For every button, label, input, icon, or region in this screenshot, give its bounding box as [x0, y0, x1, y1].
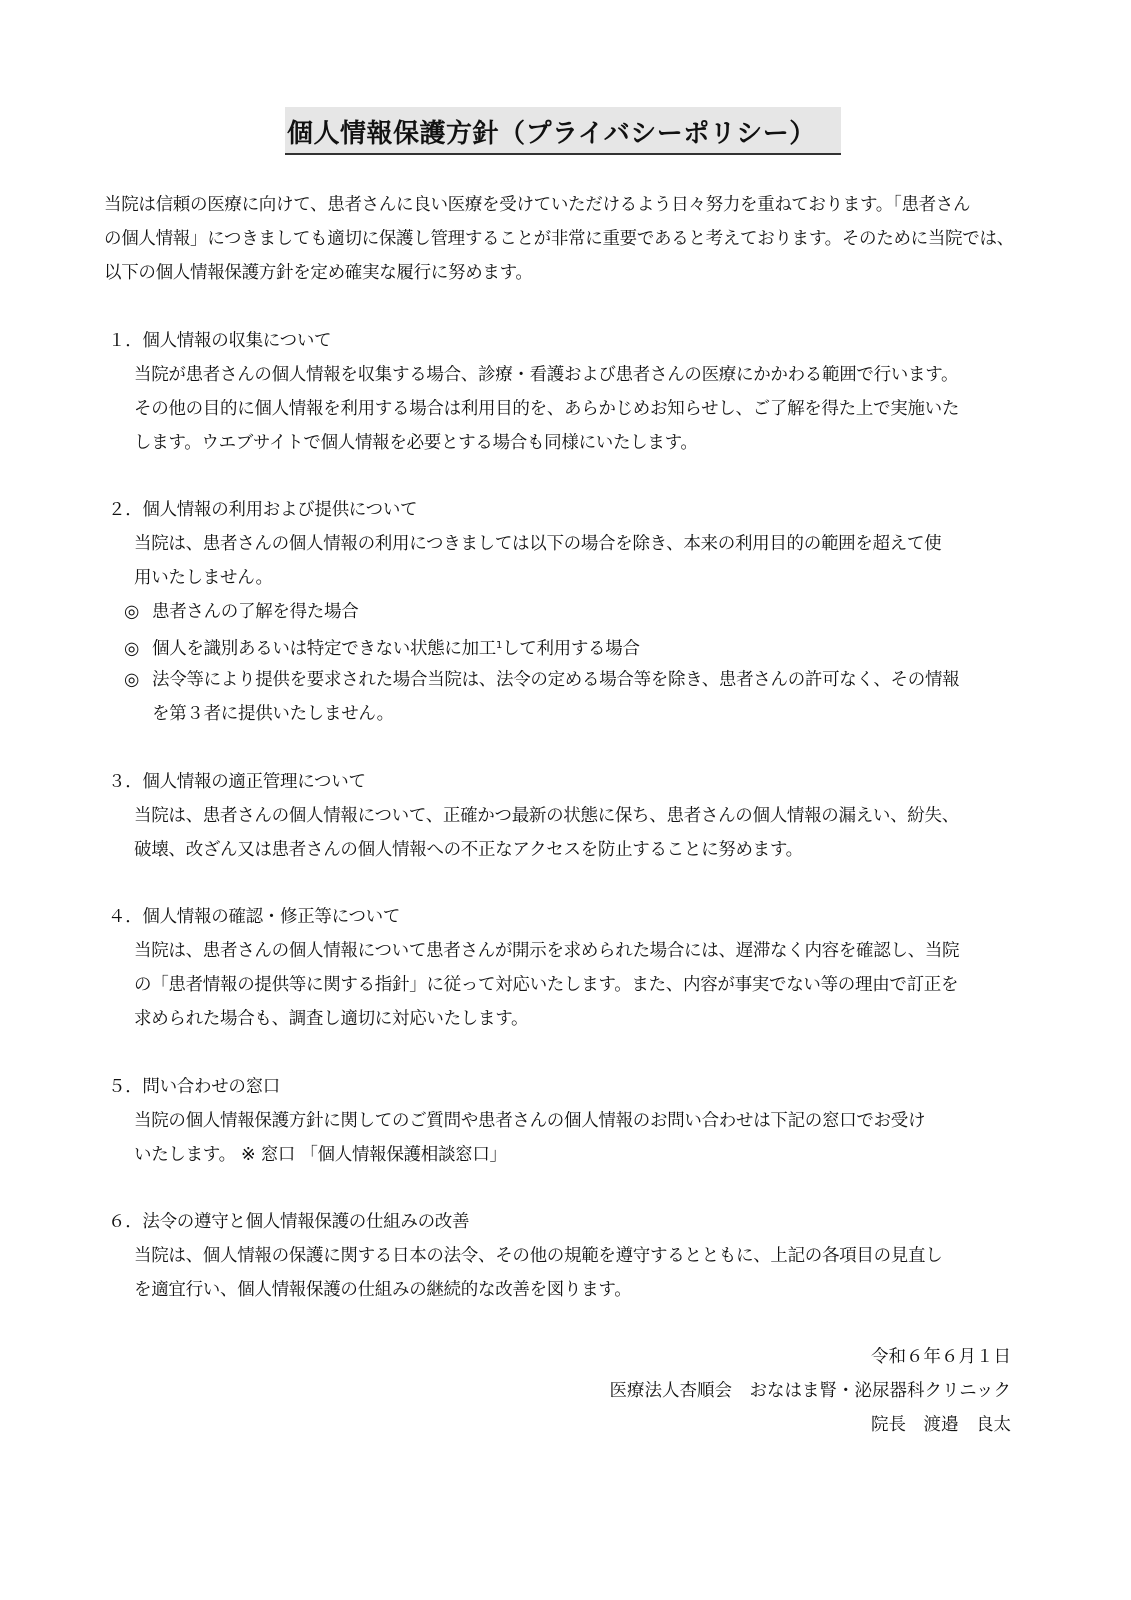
bullet-text: 法令等により提供を要求された場合当院は、法令の定める場合等を除き、患者さんの許可… [152, 670, 959, 690]
signature-organization: 医療法人杏順会 おなはま腎・泌尿器科クリニック [610, 1379, 1011, 1403]
double-circle-bullet-icon: ◎ [124, 668, 152, 692]
bullet-item: ◎患者さんの了解を得た場合 [124, 600, 358, 624]
section-4-line: の「患者情報の提供等に関する指針」に従って対応いたします。また、内容が事実でない… [134, 973, 958, 997]
bullet-item: ◎法令等により提供を要求された場合当院は、法令の定める場合等を除き、患者さんの許… [124, 668, 959, 692]
signature-director: 院長 渡邉 良太 [871, 1413, 1011, 1437]
intro-line: 当院は信頼の医療に向けて、患者さんに良い医療を受けていただけるよう日々努力を重ね… [104, 193, 970, 217]
section-heading-5: ５．問い合わせの窓口 [108, 1075, 280, 1099]
bullet-continuation: を第３者に提供いたしません。 [152, 702, 394, 726]
section-1-line: その他の目的に個人情報を利用する場合は利用目的を、あらかじめお知らせし、ご了解を… [134, 397, 959, 421]
bullet-text: 個人を識別あるいは特定できない状態に加工 [152, 639, 496, 659]
section-3-line: 当院は、患者さんの個人情報について、正確かつ最新の状態に保ち、患者さんの個人情報… [134, 804, 959, 828]
document-page: 個人情報保護方針（プライバシーポリシー） 当院は信頼の医療に向けて、患者さんに良… [0, 0, 1131, 1600]
section-4-line: 求められた場合も、調査し適切に対応いたします。 [134, 1007, 528, 1031]
section-1-line: 当院が患者さんの個人情報を収集する場合、診療・看護および患者さんの医療にかかわる… [134, 363, 958, 387]
section-2-line: 用いたしません。 [134, 566, 273, 590]
double-circle-bullet-icon: ◎ [124, 637, 152, 661]
intro-line: の個人情報」につきましても適切に保護し管理することが非常に重要であると考えており… [104, 227, 1014, 251]
double-circle-bullet-icon: ◎ [124, 600, 152, 624]
section-heading-4: ４．個人情報の確認・修正等について [108, 905, 400, 929]
signature-date: 令和６年６月１日 [871, 1345, 1011, 1369]
bullet-item: ◎個人を識別あるいは特定できない状態に加工1して利用する場合 [124, 634, 640, 661]
section-5-line: 当院の個人情報保護方針に関してのご質問や患者さんの個人情報のお問い合わせは下記の… [134, 1109, 925, 1133]
section-6-line: 当院は、個人情報の保護に関する日本の法令、その他の規範を遵守するとともに、上記の… [134, 1244, 942, 1268]
section-heading-6: ６．法令の遵守と個人情報保護の仕組みの改善 [108, 1210, 469, 1234]
section-6-line: を適宜行い、個人情報保護の仕組みの継続的な改善を図ります。 [134, 1278, 631, 1302]
bullet-text-tail: して利用する場合 [502, 639, 640, 659]
section-4-line: 当院は、患者さんの個人情報について患者さんが開示を求められた場合には、遅滞なく内… [134, 939, 959, 963]
title-banner: 個人情報保護方針（プライバシーポリシー） [285, 107, 841, 155]
page-title: 個人情報保護方針（プライバシーポリシー） [287, 113, 816, 150]
section-heading-3: ３．個人情報の適正管理について [108, 770, 366, 794]
bullet-text: 患者さんの了解を得た場合 [152, 602, 358, 622]
intro-line: 以下の個人情報保護方針を定め確実な履行に努めます。 [104, 261, 533, 285]
section-3-line: 破壊、改ざん又は患者さんの個人情報への不正なアクセスを防止することに努めます。 [134, 838, 803, 862]
section-5-line: いたします。 ※ 窓口 「個人情報保護相談窓口」 [134, 1143, 507, 1167]
section-2-line: 当院は、患者さんの個人情報の利用につきましては以下の場合を除き、本来の利用目的の… [134, 532, 941, 556]
section-1-line: します。ウエブサイトで個人情報を必要とする場合も同様にいたします。 [134, 431, 698, 455]
section-heading-2: ２．個人情報の利用および提供について [108, 498, 417, 522]
section-heading-1: １．個人情報の収集について [108, 329, 331, 353]
